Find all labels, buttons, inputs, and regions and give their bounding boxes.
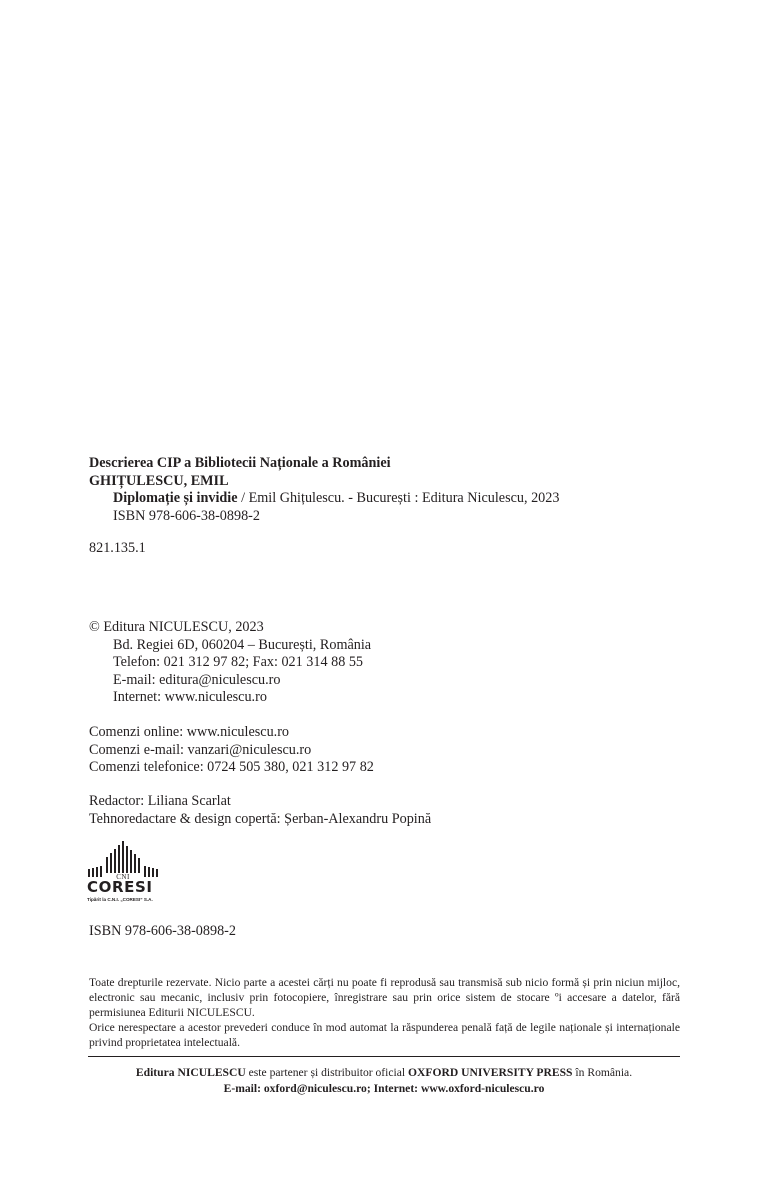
editor-credit: Redactor: Liliana Scarlat	[89, 793, 431, 811]
publisher-internet: Internet: www.niculescu.ro	[89, 689, 371, 707]
cip-description: Descrierea CIP a Bibliotecii Naționale a…	[89, 455, 559, 525]
udc-classification: 821.135.1	[89, 540, 146, 558]
oxford-name: OXFORD UNIVERSITY PRESS	[408, 1066, 573, 1079]
cip-author: GHIȚULESCU, EMIL	[89, 473, 559, 491]
orders-phone: Comenzi telefonice: 0724 505 380, 021 31…	[89, 759, 374, 777]
partner-contact: E-mail: oxford@niculescu.ro; Internet: w…	[88, 1081, 680, 1097]
book-title: Diplomație și invidie	[113, 490, 238, 506]
cip-imprint: / Emil Ghițulescu. - București : Editura…	[238, 490, 560, 506]
country-text: în România.	[573, 1066, 633, 1079]
rights-notice: Toate drepturile rezervate. Nicio parte …	[89, 975, 680, 1050]
rights-paragraph: Orice nerespectare a acestor prevederi c…	[89, 1020, 680, 1050]
credits: Redactor: Liliana Scarlat Tehnoredactare…	[89, 793, 431, 828]
isbn-repeat: ISBN 978-606-38-0898-2	[89, 923, 236, 941]
publisher-info: © Editura NICULESCU, 2023 Bd. Regiei 6D,…	[89, 619, 371, 707]
cip-isbn: ISBN 978-606-38-0898-2	[89, 508, 559, 526]
footer-divider	[88, 1056, 680, 1057]
publisher-address: Bd. Regiei 6D, 060204 – București, Român…	[89, 637, 371, 655]
publisher-name: Editura NICULESCU	[136, 1066, 246, 1079]
rights-paragraph: Toate drepturile rezervate. Nicio parte …	[89, 975, 680, 1020]
copyright-line: © Editura NICULESCU, 2023	[89, 619, 371, 637]
orders-online: Comenzi online: www.niculescu.ro	[89, 724, 374, 742]
coresi-logo-icon: CNI CORESI Tipărit la C.N.I. „CORESI” S.…	[87, 845, 163, 903]
cip-title-line: Diplomație și invidie / Emil Ghițulescu.…	[89, 490, 559, 508]
publisher-email: E-mail: editura@niculescu.ro	[89, 672, 371, 690]
partner-text: este partener și distribuitor oficial	[246, 1066, 408, 1079]
cip-heading: Descrierea CIP a Bibliotecii Naționale a…	[89, 455, 559, 473]
orders-email: Comenzi e-mail: vanzari@niculescu.ro	[89, 742, 374, 760]
orders-info: Comenzi online: www.niculescu.ro Comenzi…	[89, 724, 374, 777]
partner-footer: Editura NICULESCU este partener și distr…	[88, 1065, 680, 1096]
logo-caption: Tipărit la C.N.I. „CORESI” S.A.	[87, 897, 153, 902]
partner-line: Editura NICULESCU este partener și distr…	[88, 1065, 680, 1081]
design-credit: Tehnoredactare & design copertă: Șerban-…	[89, 811, 431, 829]
logo-name: CORESI	[87, 880, 153, 895]
publisher-phone: Telefon: 021 312 97 82; Fax: 021 314 88 …	[89, 654, 371, 672]
